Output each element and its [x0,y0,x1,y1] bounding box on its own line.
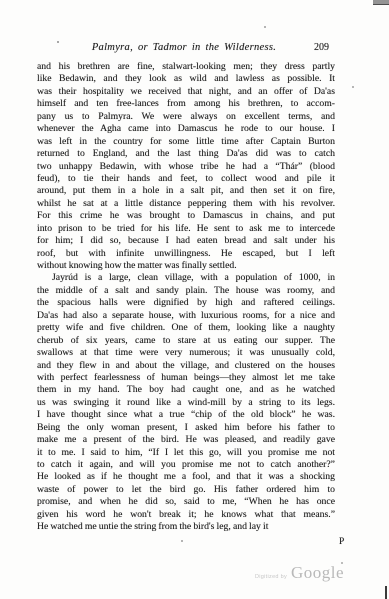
body-line: pretty wife and five children. One of th… [37,322,335,334]
body-line: promise, and when he did so, said to me,… [37,496,335,508]
body-line: cherub of six years, came to stare at us… [37,335,335,347]
scan-artifact-dot [181,540,183,542]
body-line: returned to England, and the last thing … [37,148,335,160]
scan-artifact-edge-line [385,586,387,599]
body-line: the middle of a salt and sandy plain. Th… [37,285,335,297]
body-line: swallows at that time were very numerous… [37,347,335,359]
watermark-prefix-label: Digitized by [255,574,287,580]
body-line: was left in the country for some little … [37,136,335,148]
body-line: whenever the Agha came into Damascus he … [37,123,335,135]
scan-artifact-dot [264,26,266,28]
body-line: around, put them in a hole in a salt pit… [37,185,335,197]
google-logo: Google [291,563,344,583]
scan-artifact-dot [341,562,343,564]
body-line: roof, but with infinite unwillingness. H… [37,248,335,260]
body-line: into prison to be tried for his life. He… [37,223,335,235]
body-text: and his brethren are fine, stalwart-look… [37,61,335,534]
body-line: us was swinging it round like a wind-mil… [37,397,335,409]
body-line: to catch it again, and will you promise … [37,459,335,471]
body-line: was their hospitality we received that n… [37,86,335,98]
printer-signature-mark: P [339,536,344,548]
body-line: and they flew in and about the village, … [37,360,335,372]
body-line: feud), to tie their hands and feet, to c… [37,173,335,185]
body-line: without knowing how the matter was final… [37,260,335,272]
scan-artifact-dot [57,41,59,43]
scan-artifact-top-right-bar [373,0,389,5]
body-line: He watched me untie the string from the … [37,521,335,533]
body-line: Being the only woman present, I asked hi… [37,422,335,434]
body-line: the spacious halls were dignified by hig… [37,297,335,309]
body-line: for him; I did so, because I had eaten b… [37,235,335,247]
body-line: himself and ten free-lances from among h… [37,98,335,110]
body-line: Da'as had also a separate house, with lu… [37,310,335,322]
body-line: given his word he won't break it; he kno… [37,509,335,521]
body-line: I have thought since what a true “chip o… [37,409,335,421]
body-line: two unhappy Bedawin, with whose tribe he… [37,161,335,173]
scan-artifact-dot [352,86,354,88]
body-line: He looked as if he thought me a fool, an… [37,471,335,483]
body-line: and his brethren are fine, stalwart-look… [37,61,335,73]
page-title: Palmyra, or Tadmor in the Wilderness. [37,41,331,54]
running-header: Palmyra, or Tadmor in the Wilderness. 20… [37,41,331,54]
body-line: waste of power to let the bird go. His f… [37,484,335,496]
scanned-book-page: Palmyra, or Tadmor in the Wilderness. 20… [0,0,389,599]
body-line: like Bedawin, and they look as wild and … [37,73,335,85]
body-line: For this crime he was brought to Damascu… [37,210,335,222]
body-line: with perfect fearlessness of human being… [37,372,335,384]
google-watermark: Digitized by Google [255,563,344,583]
body-line: them in my hand. The boy had caught one,… [37,384,335,396]
body-line: make me a present of the bird. He was pl… [37,434,335,446]
body-line: it to me. I said to him, “If I let this … [37,447,335,459]
page-number: 209 [314,41,329,54]
body-line: Jayrúd is a large, clean village, with a… [37,272,335,284]
body-line: pany us to Palmyra. We were always on ex… [37,111,335,123]
body-line: whilst he sat at a little distance peppe… [37,198,335,210]
